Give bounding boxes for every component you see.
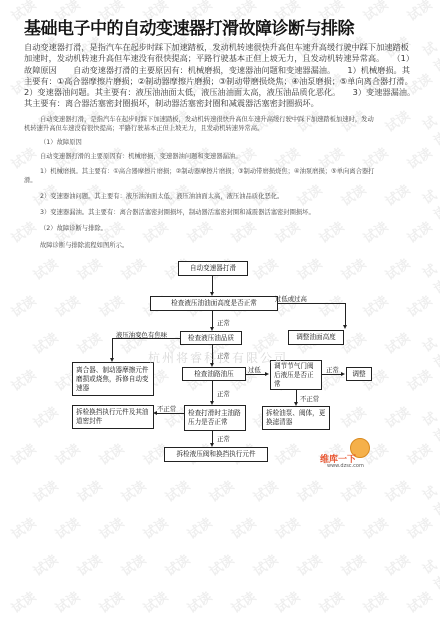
watermark-tile: 试读	[315, 512, 347, 542]
watermark-tile: 试读	[249, 549, 281, 579]
node-check-main-pressure: 检查打滑时主油路压力是否正常	[184, 405, 246, 431]
watermark-tile: 试读	[381, 253, 413, 283]
watermark-tile: 试读	[7, 364, 39, 394]
watermark-tile: 试读	[117, 253, 149, 283]
watermark-tile: 试读	[359, 586, 391, 616]
watermark-tile: 试读	[183, 586, 215, 616]
node-disassemble-shift: 拆检换挡执行元件及其油道密封件	[72, 405, 154, 429]
watermark-tile: 试读	[95, 512, 127, 542]
watermark-tile: 试读	[271, 438, 303, 468]
watermark-tile: 试读	[161, 475, 193, 505]
watermark-tile: 试读	[161, 549, 193, 579]
watermark-tile: 试读	[403, 290, 435, 320]
watermark-tile: 试读	[51, 438, 83, 468]
watermark-tile: 试读	[205, 549, 237, 579]
node-start: 自动变速器打滑	[178, 261, 248, 276]
watermark-tile: 试读	[337, 253, 369, 283]
body-line: 故障诊断与排除流程如图所示。	[40, 241, 128, 250]
watermark-tile: 试读	[139, 216, 171, 246]
watermark-tile: 试读	[7, 438, 39, 468]
watermark-tile: 试读	[95, 438, 127, 468]
watermark-tile: 试读	[315, 586, 347, 616]
watermark-tile: 试读	[227, 586, 259, 616]
watermark-tile: 试读	[51, 586, 83, 616]
watermark-tile: 试读	[315, 290, 347, 320]
node-check-level: 检查液压油油面高度是否正常	[150, 296, 278, 311]
watermark-tile: 试读	[381, 179, 413, 209]
watermark-tile: 试读	[381, 327, 413, 357]
watermark-tile: 试读	[381, 549, 413, 579]
watermark-tile: 试读	[418, 555, 440, 594]
watermark-tile: 试读	[29, 401, 61, 431]
company-watermark: 杭州将睿科技有限公司	[148, 349, 288, 366]
watermark-tile: 试读	[403, 586, 435, 616]
watermark-tile: 试读	[271, 216, 303, 246]
label-normal: 正常	[217, 434, 230, 443]
watermark-tile: 试读	[359, 216, 391, 246]
body-line: 1）机械磨损。其主要有：①高合器摩擦片磨损；②制动器摩擦片磨损；③制动带磨损烧焦…	[40, 167, 374, 176]
watermark-tile: 试读	[418, 407, 440, 446]
section-heading: （1）故障原因	[40, 138, 82, 147]
node-check-quality: 检查液压油品质	[180, 331, 242, 345]
watermark-tile: 试读	[381, 401, 413, 431]
watermark-tile: 试读	[293, 549, 325, 579]
watermark-tile: 试读	[293, 253, 325, 283]
node-repair-trans: 离合器、制动器摩擦元件磨损或烧焦，拆修自动变速器	[72, 362, 154, 396]
watermark-tile: 试读	[418, 481, 440, 520]
watermark-tile: 试读	[418, 333, 440, 372]
watermark-tile: 试读	[403, 364, 435, 394]
label-oil-discolored: 液压油变色有焦味	[116, 330, 167, 339]
watermark-tile: 试读	[337, 475, 369, 505]
watermark-tile: 试读	[51, 512, 83, 542]
watermark-tile: 试读	[249, 475, 281, 505]
watermark-tile: 试读	[139, 512, 171, 542]
label-too-low-high: 过低或过高	[275, 294, 307, 303]
node-adjust: 调整	[346, 367, 372, 381]
label-normal: 正常	[326, 365, 339, 374]
watermark-tile: 试读	[403, 438, 435, 468]
watermark-tile: 试读	[418, 111, 440, 150]
page-title: 基础电子中的自动变速器打滑故障诊断与排除	[24, 14, 354, 39]
watermark-tile: 试读	[403, 216, 435, 246]
watermark-tile: 试读	[73, 253, 105, 283]
label-too-low: 过低	[248, 365, 261, 374]
intro-paragraph: 自动变速器打滑，是指汽车在起步时踩下加速踏板，发动机转速很快升高但车速升高缓行驶…	[24, 42, 416, 110]
watermark-tile: 试读	[7, 586, 39, 616]
body-line: 机转速升高但车速没有很快提高；平路行驶基本正但上坡无力，且发动机转速异常高。	[24, 124, 263, 133]
watermark-tile: 试读	[7, 512, 39, 542]
body-line: 自动变速器打滑，是指汽车在起步时踩下加速踏板，发动机转速很快升高但车速升高缓行驶…	[40, 115, 374, 124]
watermark-tile: 试读	[29, 253, 61, 283]
watermark-tile: 试读	[139, 586, 171, 616]
watermark-tile: 试读	[227, 512, 259, 542]
watermark-tile: 试读	[205, 475, 237, 505]
watermark-tile: 试读	[271, 512, 303, 542]
section-heading: （2）故障诊断与排除。	[40, 224, 107, 233]
watermark-tile: 试读	[403, 0, 435, 25]
watermark-tile: 试读	[403, 512, 435, 542]
watermark-tile: 试读	[381, 105, 413, 135]
body-line: 自动变速器打滑的主要原因有：机械磨损，变速器油问题和变速器漏油。	[40, 152, 242, 161]
watermark-tile: 试读	[418, 37, 440, 76]
watermark-tile: 试读	[73, 549, 105, 579]
watermark-tile: 试读	[359, 0, 391, 25]
label-abnormal: 不正常	[300, 394, 319, 403]
watermark-tile: 试读	[293, 179, 325, 209]
body-line: 滑。	[24, 176, 37, 185]
watermark-tile: 试读	[95, 290, 127, 320]
watermark-tile: 试读	[51, 290, 83, 320]
label-abnormal: 不正常	[157, 404, 176, 413]
watermark-tile: 试读	[337, 179, 369, 209]
watermark-tile: 试读	[95, 586, 127, 616]
watermark-tile: 试读	[29, 327, 61, 357]
watermark-tile: 试读	[29, 475, 61, 505]
watermark-tile: 试读	[293, 475, 325, 505]
watermark-tile: 试读	[315, 216, 347, 246]
watermark-tile: 试读	[7, 142, 39, 172]
label-normal: 正常	[217, 389, 230, 398]
watermark-tile: 试读	[117, 475, 149, 505]
watermark-tile: 试读	[359, 290, 391, 320]
watermark-tile: 试读	[117, 549, 149, 579]
watermark-tile: 试读	[73, 475, 105, 505]
watermark-tile: 试读	[249, 253, 281, 283]
watermark-tile: 试读	[29, 549, 61, 579]
node-disassemble-valve: 拆检液压阀和换挡执行元件	[164, 447, 268, 462]
watermark-tile: 试读	[7, 290, 39, 320]
watermark-tile: 试读	[359, 512, 391, 542]
watermark-tile: 试读	[271, 586, 303, 616]
label-normal: 正常	[217, 318, 230, 327]
watermark-tile: 试读	[337, 401, 369, 431]
watermark-tile: 试读	[337, 549, 369, 579]
node-disassemble-pump: 拆检油泵、阀体，更换滤清器	[262, 406, 330, 430]
watermark-tile: 试读	[403, 142, 435, 172]
watermark-tile: 试读	[381, 475, 413, 505]
watermark-tile: 试读	[227, 216, 259, 246]
logo-url: www.dzsc.com	[327, 463, 364, 469]
body-line: 2）变速器油问题。其主要有：液压油油面太低，液压油油面太高，液压油品质化恶化。	[40, 192, 283, 201]
watermark-tile: 试读	[7, 216, 39, 246]
watermark-tile: 试读	[73, 327, 105, 357]
watermark-tile: 试读	[418, 259, 440, 298]
watermark-tile: 试读	[418, 185, 440, 224]
watermark-tile: 试读	[183, 216, 215, 246]
body-line: 3）变速器漏油。其主要有：离合器活塞密封圈损坏，制动器活塞密封圈和减震器活塞密封…	[40, 208, 315, 217]
node-adjust-level: 调整油面高度	[288, 330, 344, 345]
watermark-tile: 试读	[183, 512, 215, 542]
node-check-pressure: 检查油路油压	[182, 367, 246, 381]
